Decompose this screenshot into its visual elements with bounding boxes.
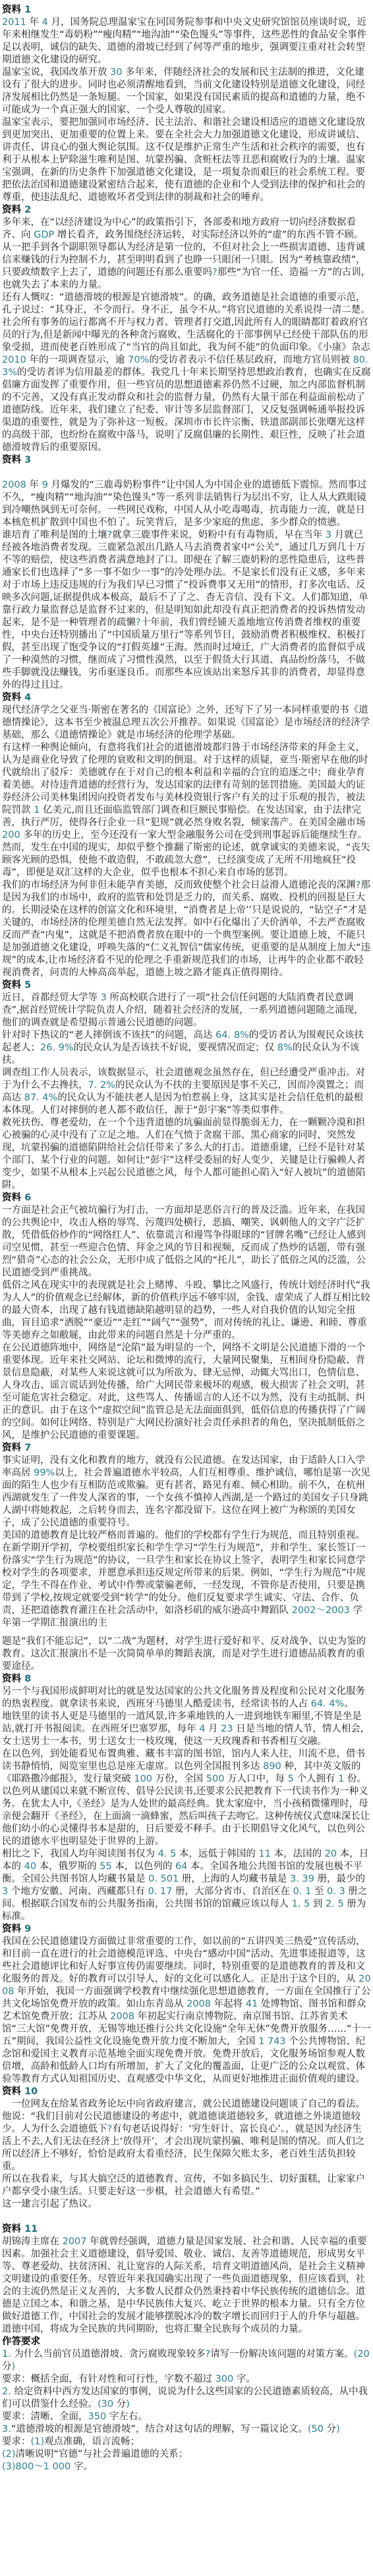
paragraph: 在公民道德阵地中，网络是“沦陷”最为明显的一个，网络不文明是公民道德下滑的一个重…	[2, 1342, 371, 1442]
inline-number: 1	[34, 805, 40, 815]
inline-number: 5	[170, 1849, 176, 1859]
inline-number: (3)800～1	[2, 2461, 49, 2472]
inline-number: 1.	[292, 1899, 301, 1909]
inline-number: 3	[326, 530, 331, 540]
inline-number: GDP	[34, 230, 54, 240]
inline-number: 3	[101, 992, 107, 1003]
inline-number: 2010	[2, 355, 26, 365]
inline-number: 11	[259, 1849, 271, 1859]
inline-number: 0.	[293, 1886, 302, 1897]
material-section: 资料 10 一位网友在给某省政务论坛中向省政府建言，就公民道德建设问题谈了自己的…	[2, 2086, 371, 2223]
material-section: 作答要求1. 为什么当前官员道德滑坡、贪污腐败现象较多?请写一份解决该问题的对策…	[2, 2336, 371, 2473]
material-section: 资料 8另一个与我国形成鲜明对比的就是发达国家的公共文化服务普及程度和公民对文化…	[2, 1673, 371, 1923]
paragraph: 现代经济学之父亚当·斯密在著名的《国富论》之外，还写下了另一本同样重要的书《道德…	[2, 704, 371, 742]
blank-line	[2, 467, 371, 479]
inline-number: 2%	[100, 1080, 115, 1091]
paragraph: 温家宝表示，要把加强同市场经济、民主法治、和谐社会建设相适应的道德文化建设放到更…	[2, 116, 371, 204]
inline-number: 1.	[2, 2349, 11, 2359]
paragraph: 事实证明，没有文化和教育的地方，就没有公民道德。在发达国家，由于适龄人口入学率高…	[2, 1455, 371, 1530]
inline-number: 4%	[329, 1699, 344, 1709]
inline-number: 5	[24, 980, 31, 991]
inline-number: 20	[325, 1849, 337, 1859]
inline-number: 55	[100, 1861, 111, 1872]
inline-number: ?	[107, 530, 113, 540]
paragraph: 低俗之风在现实中的表现就是社会上赌博、斗殴、攀比之风盛行，传统计划经济时代“我为…	[2, 1279, 371, 1342]
material-section: 资料 11胡锦涛主席在 2007 年就曾经强调，道德力量是国家发展、社会和谐、人…	[2, 2223, 371, 2336]
section-heading: 作答要求	[2, 2336, 371, 2348]
section-heading: 资料 11	[2, 2223, 371, 2236]
material-section: 资料 2多年来，在“以经济建设为中心”的政策指引下，各部委和地方政府一切向经济数…	[2, 204, 371, 454]
section-heading: 资料 6	[2, 1192, 371, 1204]
paragraph: 要求：概括全面，有针对性和可行性，字数不超过 300 字。	[2, 2373, 371, 2386]
paragraph: 有这样一种舆论倾向，有意将我们社会的道德滑坡都归咎于市场经济带来的拜金主义，认为…	[2, 742, 371, 879]
paragraph: 要求：(1)观点准确，语言流畅；	[2, 2436, 371, 2448]
inline-number: 2008	[2, 1974, 371, 1997]
inline-number: 39	[302, 1874, 314, 1884]
paragraph: 要求：清晰、全面，350 字左右。	[2, 2411, 371, 2423]
inline-number: 4.	[158, 1849, 167, 1859]
inline-number: 501	[161, 1874, 179, 1884]
inline-number: 9%	[59, 1043, 74, 1053]
inline-number: )	[12, 2361, 16, 2372]
paragraph: (2)清晰说明“官德”与社会普遍道德的关系；	[2, 2448, 371, 2461]
inline-number: 000	[53, 2461, 71, 2472]
material-section: 资料 5近日，首都经贸大学等 3 所高校联合进行了一项“社会信任问题的大陆消费者…	[2, 979, 371, 1192]
inline-number: 5	[337, 1899, 343, 1909]
inline-number: 0.	[148, 1874, 158, 1884]
inline-number: (50	[308, 2424, 324, 2434]
paragraph: 我国在公民道德建设方面做过非常重要的工作，如以前的“五讲四美三热爱”宣传活动，和…	[2, 1936, 371, 2086]
paragraph: 他说：“我们目前对公民道德建设的考虑中，就道德谈道德较多，就道德之外谈道德较少。…	[2, 2111, 371, 2173]
inline-number: 9	[24, 1924, 31, 1934]
paragraph: 1. 为什么当前官员道德滑坡、贪污腐败现象较多?请写一份解决该问题的对策方案。(…	[2, 2348, 371, 2373]
material-section: 资料 12011 年 4 月，国务院总理温家宝在同国务院参事和中央文史研究馆馆员…	[2, 4, 371, 204]
paragraph: 针对时下热议的“老人摔倒该不该扶”的问题，高达 64. 8%的受访者认为围观民众…	[2, 1029, 371, 1067]
paragraph: 调查组工作人员表示，该数据显示，社会道德观念虽然存在，但已经遭受严重冲击。对于为…	[2, 1067, 371, 1117]
inline-number: 0.	[327, 1886, 336, 1897]
inline-number: 1	[305, 1886, 311, 1897]
inline-number: 5	[304, 1899, 310, 1909]
inline-number: 300	[215, 2374, 234, 2384]
inline-number: (20	[354, 2349, 370, 2359]
document: 资料 12011 年 4 月，国务院总理温家宝在同国务院参事和中央文史研究馆馆员…	[0, 0, 373, 2480]
inline-number: 3.	[290, 1874, 299, 1884]
inline-number: 11	[24, 2224, 38, 2234]
inline-number: 3%	[2, 367, 17, 378]
section-heading: 资料 3	[2, 454, 371, 467]
inline-number: 64.	[215, 1030, 231, 1041]
inline-number: ?	[356, 880, 361, 890]
inline-number: 1	[24, 5, 31, 15]
paragraph: 还有人慨叹：“道德滑坡的根源是官德滑坡”。的确，政务道德是社会道德的重要示范，孔…	[2, 292, 371, 454]
inline-number: 7.	[88, 1080, 98, 1091]
inline-number: 350	[88, 2411, 107, 2422]
inline-number: 1	[338, 1774, 344, 1784]
inline-number: 4	[24, 692, 31, 703]
inline-number: (30	[98, 2399, 113, 2409]
inline-number: 3	[2, 1886, 8, 1897]
inline-number: ?	[107, 2124, 113, 2134]
material-section: 资料 32008 年 9 月爆发的“三鹿毒奶粉事件”让中国人为中国企业的道德低下…	[2, 454, 371, 692]
paragraph: 2008 年 9 月爆发的“三鹿毒奶粉事件”让中国人为中国企业的道德低下震惊。然…	[2, 479, 371, 529]
inline-number: 2.	[326, 1899, 335, 1909]
blank-line	[2, 2211, 371, 2223]
paragraph: 2. 给定资料中西方发达国家的事例，说说为什么这些国家的公民道德素质较高，从中我…	[2, 2386, 371, 2411]
inline-number: 2	[24, 205, 31, 215]
section-heading: 资料 4	[2, 692, 371, 704]
inline-number: 4	[199, 1724, 205, 1734]
inline-number: 9	[42, 480, 48, 490]
paragraph: 温家宝说，我国改革开放 30 多年来，伴随经济社会的发展和民主法制的推进，文化建…	[2, 66, 371, 116]
paragraph: 谁培育了唯利是图的土壤?就拿三鹿事件来说，奶粉中有有毒物质，早在当年 3 月就已…	[2, 529, 371, 692]
inline-number: 2002～2003	[292, 1605, 350, 1616]
inline-number: 8%	[277, 1043, 293, 1053]
material-section: 资料 6一方面是社会正气被坑骗行为打击，一方面却是恶俗言行的普及泛滥。近年来，在…	[2, 1192, 371, 1442]
inline-number: 743	[268, 2036, 286, 2047]
inline-number: 99%	[34, 1468, 55, 1478]
material-section: 资料 7事实证明，没有文化和教育的地方，就没有公民道德。在发达国家，由于适龄人口…	[2, 1442, 371, 1673]
inline-number: 2008	[2, 480, 26, 490]
inline-number: 890	[263, 1761, 281, 1772]
inline-number: 8%	[234, 1030, 249, 1041]
inline-number: 500	[206, 1774, 225, 1784]
paragraph: 所以在我看来，与其大搞空泛的道德教育、宣传，不如多搞民生、切好蛋糕，让家家户户都…	[2, 2173, 371, 2198]
inline-number: 2.	[2, 2386, 11, 2397]
inline-number: 6	[24, 1193, 31, 1203]
inline-number: 3	[24, 455, 31, 465]
material-section: 资料 4现代经济学之父亚当·斯密在著名的《国富论》之外，还写下了另一本同样重要的…	[2, 692, 371, 979]
section-heading: 资料 5	[2, 979, 371, 992]
section-heading: 资料 9	[2, 1923, 371, 1936]
inline-number: 7	[24, 1443, 31, 1453]
inline-number: 70%	[128, 355, 149, 365]
paragraph: 美国的道德教育是比较严格而普遍的。他们的学校都有学生行为规范，而且特别重视。在新…	[2, 1530, 371, 1630]
inline-number: 30	[110, 67, 122, 78]
inline-number: ?	[136, 617, 141, 628]
inline-number: 87.	[24, 1093, 40, 1103]
inline-number: 2011	[2, 17, 26, 28]
paragraph: 救死扶伤、尊老爱幼，在一个个违背道德的坑骗面前显得脆弱无力，在一颗颗冷漠和担心被…	[2, 1117, 371, 1192]
paragraph: 地铁里的读书人更是马德里的一道风景,许多乘地铁的人一进到地铁车厢里,不管是坐是站…	[2, 1711, 371, 1748]
inline-number: (2)	[2, 2449, 16, 2460]
inline-number: 1	[258, 2036, 264, 2047]
inline-number: 64.	[311, 1699, 326, 1709]
paragraph: 相比之下，我国人均年阅读图书仅为 4. 5 本，远低于韩国的 11 本，法国的 …	[2, 1848, 371, 1923]
inline-number: 8	[24, 1674, 31, 1684]
inline-number: 4%	[42, 1093, 57, 1103]
paragraph: 这一建言引起了热议。	[2, 2198, 371, 2211]
material-section: 资料 9我国在公民道德建设方面做过非常重要的工作，如以前的“五讲四美三热爱”宣传…	[2, 1923, 371, 2086]
inline-number: 10	[24, 2086, 38, 2097]
inline-number: 100	[134, 1774, 152, 1784]
paragraph: 近日，首都经贸大学等 3 所高校联合进行了一项“社会信任问题的大陆消费者民意调查…	[2, 992, 371, 1029]
inline-number: 4	[42, 17, 48, 28]
inline-number: 200	[2, 830, 20, 840]
inline-number: ?	[205, 2349, 210, 2359]
inline-number: 2008	[186, 1999, 211, 2009]
paragraph: 我们的市场经济为何非但未能孕育美德，反而致使整个社会日益滑人道德沦丧的深渊?那是…	[2, 879, 371, 979]
section-heading: 资料 10	[2, 2086, 371, 2098]
inline-number: 2008	[110, 2011, 134, 2022]
paragraph: 另一个与我国形成鲜明对比的就是发达国家的公共文化服务普及程度和公民对文化服务的热…	[2, 1686, 371, 1711]
inline-number: ?	[212, 267, 217, 278]
inline-number: (1)	[31, 2436, 45, 2447]
paragraph: 胡锦涛主席在 2007 年就曾经强调，道德力量是国家发展、社会和谐、人民幸福的重…	[2, 2236, 371, 2336]
inline-number: 40	[24, 1861, 36, 1872]
paragraph: 在以色列，到处能看见布置典雅、藏书丰富的图书馆，馆内人来人往，川流不息，借书读书…	[2, 1748, 371, 1848]
paragraph: 一位网友在给某省政务论坛中向省政府建言，就公民道德建设问题谈了自己的看法。	[2, 2098, 371, 2111]
inline-number: 5	[288, 1774, 294, 1784]
inline-number: )	[336, 2424, 340, 2434]
paragraph: 一方面是社会正气被坑骗行为打击，一方面却是恶俗言行的普及泛滥。近年来，在我国的公…	[2, 1204, 371, 1279]
inline-number: 64	[175, 1861, 187, 1872]
inline-number: 41	[246, 1999, 258, 2009]
inline-number: 2007	[63, 2236, 87, 2247]
inline-number: 23	[221, 1724, 233, 1734]
section-heading: 资料 2	[2, 204, 371, 217]
inline-number: )	[126, 2399, 130, 2409]
paragraph: 题是“我们不能忘记”，以“二战”为题材，对学生进行爱好和平、反对战争、以史为鉴的…	[2, 1636, 371, 1673]
paragraph: 多年来，在“以经济建设为中心”的政策指引下，各部委和地方政府一切向经济数据看齐、…	[2, 217, 371, 292]
paragraph: 3.“道德滑坡的根源是官德滑坡”，结合对这句话的理解，写一篇议论文。(50 分)	[2, 2423, 371, 2436]
paragraph: 2011 年 4 月，国务院总理温家宝在同国务院参事和中央文史研究馆馆员座谈时说…	[2, 16, 371, 66]
inline-number: 17	[160, 1886, 172, 1897]
inline-number: 3	[339, 1886, 345, 1897]
inline-number: 80.	[353, 355, 368, 365]
section-heading: 资料 7	[2, 1442, 371, 1455]
paragraph: (3)800～1 000 字。	[2, 2461, 371, 2473]
inline-number: 26.	[40, 1043, 55, 1053]
section-heading: 资料 8	[2, 1673, 371, 1686]
inline-number: 0.	[148, 1886, 157, 1897]
inline-number: 3.	[2, 2424, 11, 2434]
section-heading: 资料 1	[2, 4, 371, 16]
